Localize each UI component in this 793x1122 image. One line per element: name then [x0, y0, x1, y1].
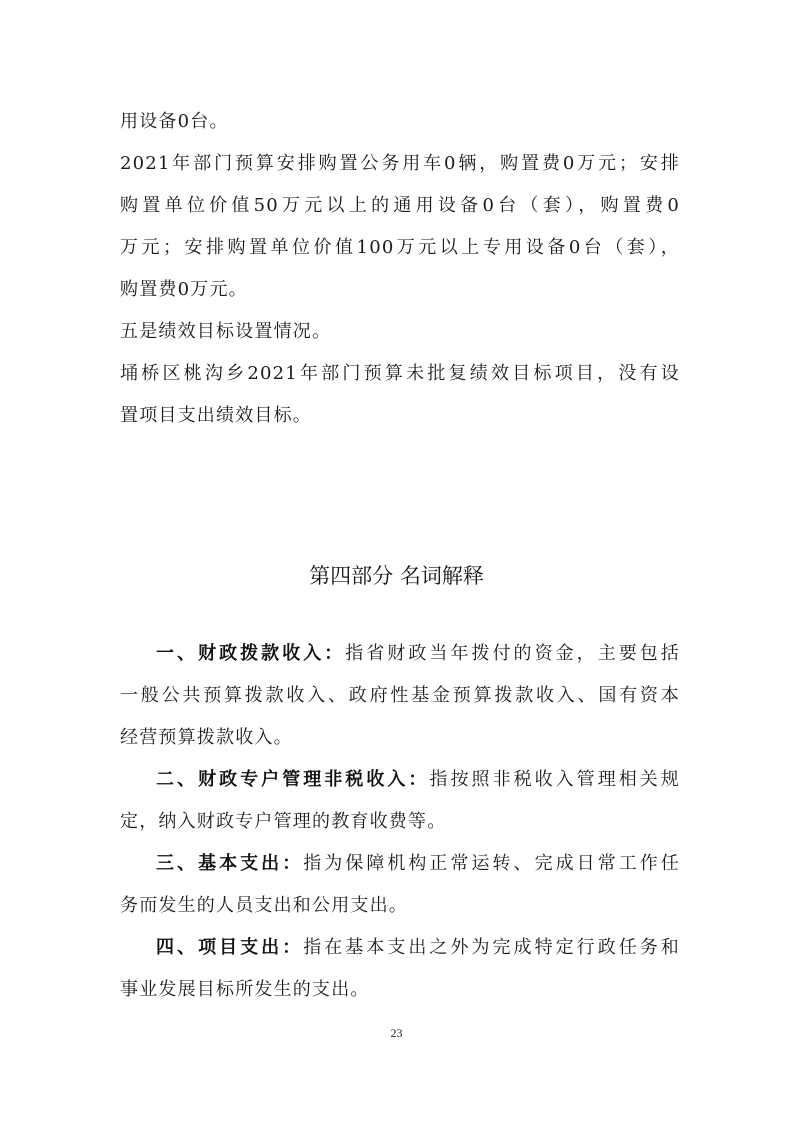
body-text-line: 购置单位价值50万元以上的通用设备0台（套），购置费0	[120, 194, 680, 218]
definition-item: 二、财政专户管理非税收入：指按照非税收入管理相关规	[156, 768, 680, 792]
body-text-line: 万元；安排购置单位价值100万元以上专用设备0台（套），	[120, 236, 680, 260]
body-text-line: 定，纳入财政专户管理的教育收费等。	[120, 810, 680, 834]
page-number: 23	[0, 1026, 793, 1041]
body-text-line: 置项目支出绩效目标。	[120, 404, 680, 428]
definition-term: 二、财政专户管理非税收入：	[156, 769, 429, 790]
definition-text: 指为保障机构正常运转、完成日常工作任	[303, 853, 680, 874]
body-text-line: 经营预算拨款收入。	[120, 726, 680, 750]
part-four-title: 第四部分 名词解释	[0, 562, 793, 590]
definition-text: 指按照非税收入管理相关规	[429, 769, 680, 790]
definition-text: 指省财政当年拨付的资金，主要包括	[345, 643, 680, 664]
body-text-line: 购置费0万元。	[120, 278, 680, 302]
body-text-line: 事业发展目标所发生的支出。	[120, 978, 680, 1002]
definition-term: 三、基本支出：	[156, 853, 303, 874]
body-text-line: 2021年部门预算安排购置公务用车0辆，购置费0万元；安排	[120, 152, 680, 176]
body-text-line: 埇桥区桃沟乡2021年部门预算未批复绩效目标项目，没有设	[120, 362, 680, 386]
definition-item: 四、项目支出：指在基本支出之外为完成特定行政任务和	[156, 936, 680, 960]
body-text-line: 一般公共预算拨款收入、政府性基金预算拨款收入、国有资本	[120, 684, 680, 708]
definition-item: 三、基本支出：指为保障机构正常运转、完成日常工作任	[156, 852, 680, 876]
definition-term: 一、财政拨款收入：	[156, 643, 345, 664]
definition-text: 指在基本支出之外为完成特定行政任务和	[303, 937, 680, 958]
body-text-line: 务而发生的人员支出和公用支出。	[120, 894, 680, 918]
section-subheading: 五是绩效目标设置情况。	[120, 320, 680, 344]
definition-item: 一、财政拨款收入：指省财政当年拨付的资金，主要包括	[156, 642, 680, 666]
definition-term: 四、项目支出：	[156, 937, 303, 958]
body-text-line: 用设备0台。	[120, 110, 680, 134]
